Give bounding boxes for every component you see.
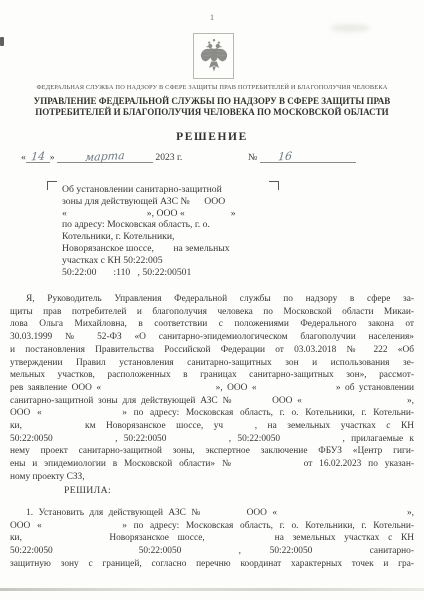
body-line: мельных участков, расположенных в границ… — [10, 369, 414, 382]
body-line: ООО « » по адресу: Московская область, г… — [10, 407, 414, 420]
department-name: УПРАВЛЕНИЕ ФЕДЕРАЛЬНОЙ СЛУЖБЫ ПО НАДЗОРУ… — [26, 96, 398, 118]
subject-line: Котельники, г. Котельники, — [62, 231, 277, 243]
double-headed-eagle-icon — [199, 38, 229, 74]
page-number: 1 — [0, 13, 424, 22]
date-field: «14» марта 2023 г. — [21, 150, 182, 163]
quote-close: » — [50, 152, 55, 163]
handwritten-day: 14 — [30, 150, 45, 164]
number-label: № — [248, 152, 257, 163]
number-slot: 16 — [260, 150, 356, 163]
body-line: и постановления Правительства Российской… — [10, 344, 414, 357]
subject-line: по адресу: Московская область, г. о. — [62, 219, 277, 231]
scan-artifact-bottom-edge — [0, 588, 424, 591]
coat-of-arms-box — [193, 33, 234, 79]
document-title: РЕШЕНИЕ — [0, 131, 424, 143]
intro-paragraph: Я, Руководитель Управления Федеральной с… — [10, 293, 414, 484]
body-line: Я, Руководитель Управления Федеральной с… — [10, 293, 414, 306]
subject-line: участках с КН 50:22:005 — [62, 255, 277, 267]
body-line: 50:22:0050 50:22:0050 , 50:22:0050 санит… — [10, 545, 414, 558]
subject-line: зоны для действующей АЗС № ООО — [62, 196, 277, 208]
body-line: рев заявление ООО « », ООО « » об устано… — [10, 382, 414, 395]
federal-service-name: ФЕДЕРАЛЬНАЯ СЛУЖБА ПО НАДЗОРУ В СФЕРЕ ЗА… — [8, 84, 416, 91]
body-line: щиты прав потребителей и благополучия че… — [10, 306, 414, 319]
body-line: 50:22:0050 , 50:22:0050 , 50:22:0050 , п… — [10, 433, 414, 446]
subject-line: « », ООО « » — [62, 208, 277, 220]
body-line: защитную зону с границей, согласно переч… — [10, 558, 414, 571]
body-line: утверждении Правил установления санитарн… — [10, 357, 414, 370]
subject-block: Об установлении санитарно-защитной зоны … — [62, 184, 277, 278]
handwritten-number: 16 — [277, 150, 292, 164]
subject-line: 50:22:00 :110 , 50:22:00501 — [62, 267, 277, 279]
document-number-field: № 16 — [248, 150, 356, 163]
subject-corner-bracket-left — [47, 181, 57, 190]
body-line: ному проекту СЗЗ, — [10, 471, 414, 484]
resolution-paragraph-1: 1. Установить для действующей АЗС № ООО … — [10, 507, 414, 571]
body-line: ООО « » по адресу: Московская область, г… — [10, 520, 414, 533]
date-and-number-row: «14» марта 2023 г. № 16 — [0, 150, 424, 168]
date-day-slot: 14 — [26, 150, 50, 163]
date-month-slot: марта — [57, 150, 153, 163]
body-line: ки, Новорязанское шоссе, на земельных уч… — [10, 532, 414, 545]
scan-artifact-speck — [0, 37, 4, 46]
subject-line: Об установлении санитарно-защитной — [62, 184, 277, 196]
body-line: ки, км Новорязанское шоссе, уч , на земе… — [10, 420, 414, 433]
body-line: нему проект санитарно-защитной зоны, экс… — [10, 445, 414, 458]
resolution-heading: РЕШИЛА: — [64, 485, 111, 496]
body-line: санитарно-защитной зоны для действующей … — [10, 395, 414, 408]
body-line: лова Ольга Михайловна, в соответствии с … — [10, 318, 414, 331]
scanned-document-page: 1 — [0, 0, 424, 600]
body-line: ены и эпидемиологии в Московской области… — [10, 458, 414, 471]
subject-line: Новорязанское шоссе, на земельных — [62, 243, 277, 255]
body-line: 1. Установить для действующей АЗС № ООО … — [10, 507, 414, 520]
handwritten-month: марта — [85, 149, 126, 164]
scan-artifact-smudge — [330, 24, 370, 32]
date-year: 2023 г. — [155, 152, 182, 163]
body-line: 30.03.1999 № 52-ФЗ «О санитарно-эпидемио… — [10, 331, 414, 344]
